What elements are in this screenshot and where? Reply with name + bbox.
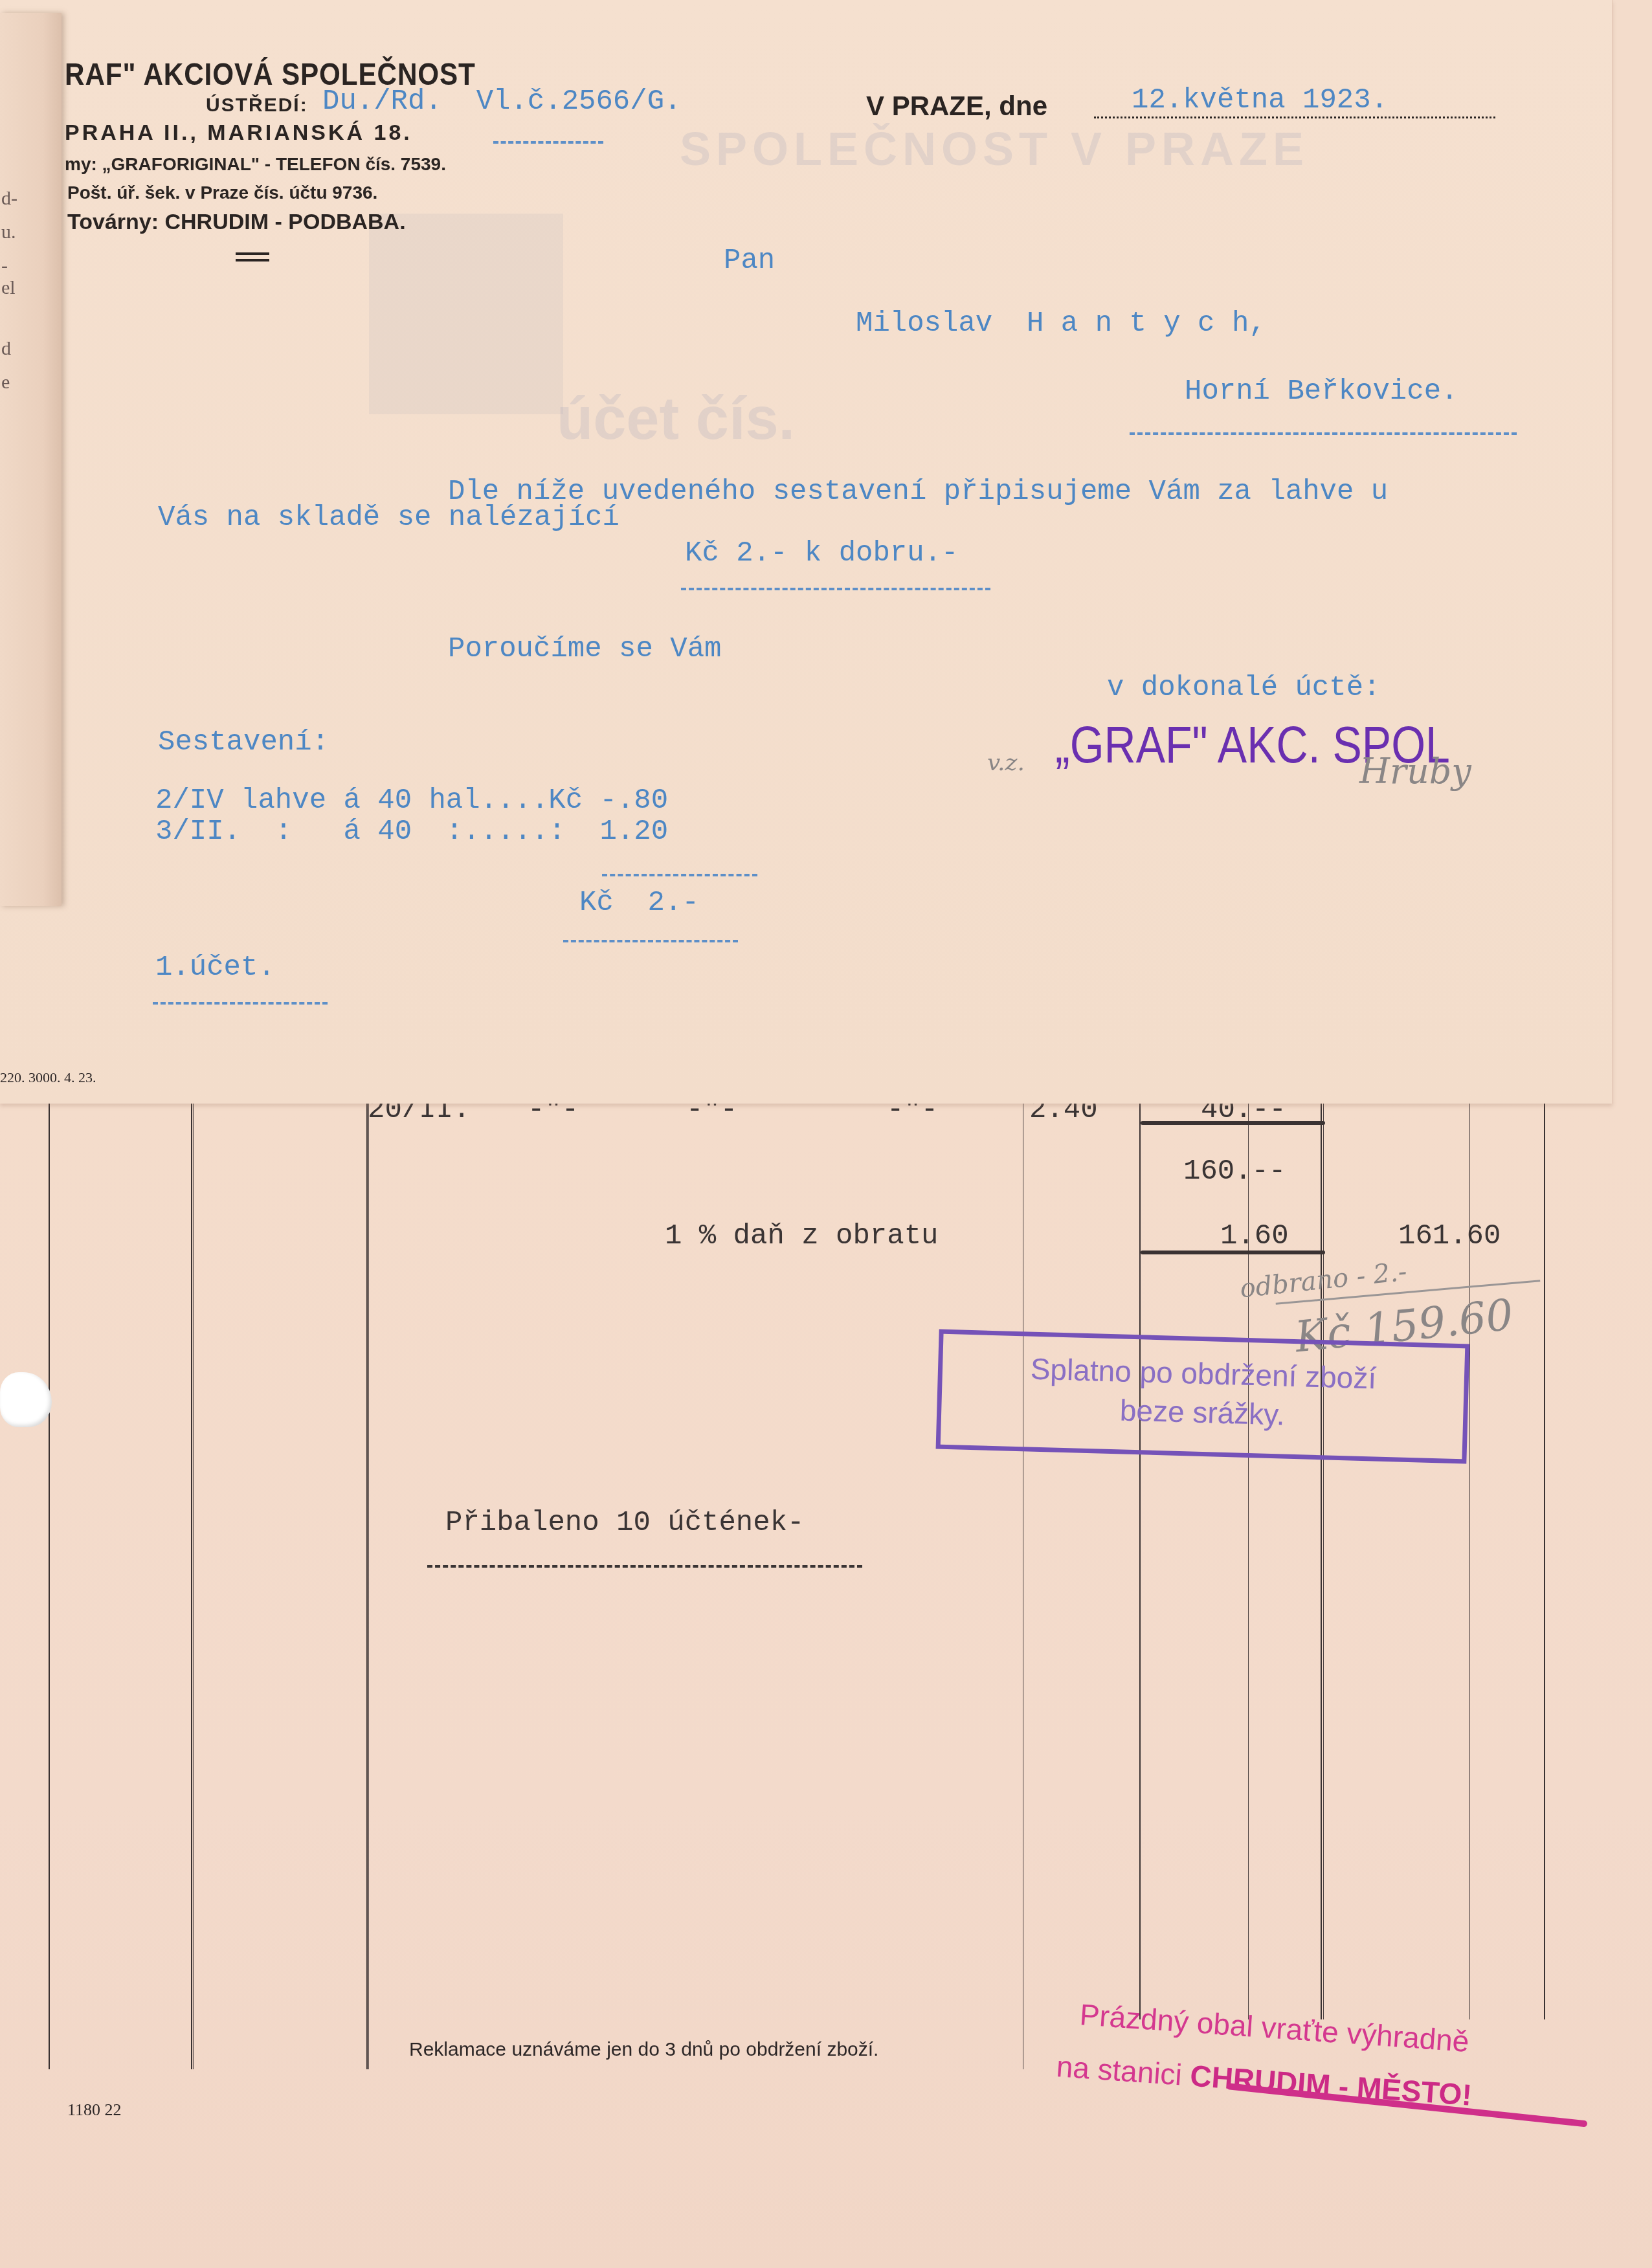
table-column-line <box>49 1100 50 2069</box>
credit-line: Kč 2.- k dobru.- <box>685 537 958 570</box>
tax-amount: 1.60 <box>1220 1220 1289 1252</box>
table-column-line <box>366 1100 368 2069</box>
breakdown-total: Kč 2.- <box>579 887 699 919</box>
table-column-line <box>191 1100 192 2069</box>
flap-fragment: d- <box>1 186 17 211</box>
table-column-line <box>1023 1100 1023 2069</box>
claims-note: Reklamace uznáváme jen do 3 dnů po obdrž… <box>409 2039 878 2061</box>
divider <box>236 259 269 261</box>
reference-number: Du./Rd. Vl.č.2566/G. <box>322 85 682 118</box>
place-date-label: V PRAZE, dne <box>866 91 1047 122</box>
print-code: 220. 3000. 4. 23. <box>0 1069 96 1086</box>
handwritten-signature: Hruby <box>1359 751 1471 792</box>
enclosed-receipts-note: Přibaleno 10 účtének- <box>445 1507 805 1539</box>
breakdown-row: 2/IV lahve á 40 hal....Kč -.80 <box>155 788 668 813</box>
enclosed-note-underline <box>427 1565 862 1568</box>
signature-prefix: v.z. <box>987 750 1025 776</box>
flap-fragment: - <box>1 254 8 278</box>
payment-terms-stamp: Splatno po obdržení zboží beze srážky. <box>936 1329 1470 1464</box>
form-code: 1180 22 <box>67 2100 122 2120</box>
account-label: 1.účet. <box>155 951 275 984</box>
reference-underline <box>493 141 603 144</box>
divider <box>236 252 269 255</box>
table-column-line <box>1321 1100 1322 2019</box>
bleedthrough-text: SPOLEČNOST V PRAZE <box>680 123 1309 176</box>
factories: Továrny: CHRUDIM - PODBABA. <box>67 210 406 235</box>
account-underline <box>153 1002 328 1005</box>
table-column-line <box>1544 1100 1545 2019</box>
recipient-underline <box>1130 432 1517 435</box>
date-line <box>1094 117 1495 118</box>
headquarters-label: ÚSTŘEDÍ: <box>206 94 308 117</box>
closing-right: v dokonalé úctě: <box>1107 672 1380 704</box>
table-column-line <box>368 1100 369 2069</box>
breakdown-row: 3/II. : á 40 :.....: 1.20 <box>155 819 668 844</box>
flap-fragment: d <box>1 337 11 361</box>
letter-sheet: SPOLEČNOST V PRAZE účet čís. RAF" AKCIOV… <box>0 0 1613 1104</box>
recipient-place: Horní Beřkovice. <box>1185 375 1458 408</box>
sum-underline <box>1141 1121 1325 1125</box>
flap-fragment: e <box>1 370 10 395</box>
breakdown-total-underline <box>563 940 738 942</box>
table-column-line <box>1139 1100 1141 2019</box>
bleedthrough-text: účet čís. <box>557 385 795 453</box>
recipient-name: Miloslav H a n t y c h, <box>856 307 1266 340</box>
letter-date: 12.května 1923. <box>1132 84 1388 117</box>
salutation: Pan <box>724 245 775 277</box>
body-line-2: Vás na skladě se nalézající <box>158 502 619 534</box>
tax-underline <box>1141 1251 1325 1254</box>
closing-left: Poroučíme se Vám <box>448 633 721 665</box>
folded-flap: d- u. - el d e <box>0 13 61 906</box>
table-column-line <box>1323 1100 1324 2019</box>
tax-label: 1 % daň z obratu <box>665 1220 938 1252</box>
breakdown-sum-line <box>602 874 757 876</box>
bleedthrough-logo <box>369 214 563 414</box>
telegram-phone: my: „GRAFORIGINAL" - TELEFON čís. 7539. <box>65 154 446 175</box>
credit-underline <box>681 588 990 590</box>
subtotal: 160.-- <box>1183 1155 1286 1188</box>
invoice-total: 161.60 <box>1398 1220 1501 1252</box>
company-address: PRAHA II., MARIANSKÁ 18. <box>65 120 412 146</box>
flap-fragment: u. <box>1 220 16 245</box>
breakdown-title: Sestavení: <box>158 726 329 759</box>
postal-account: Pošt. úř. šek. v Praze čís. účtu 9736. <box>67 183 377 203</box>
table-column-line <box>193 1100 194 2069</box>
flap-fragment: el <box>1 276 16 300</box>
